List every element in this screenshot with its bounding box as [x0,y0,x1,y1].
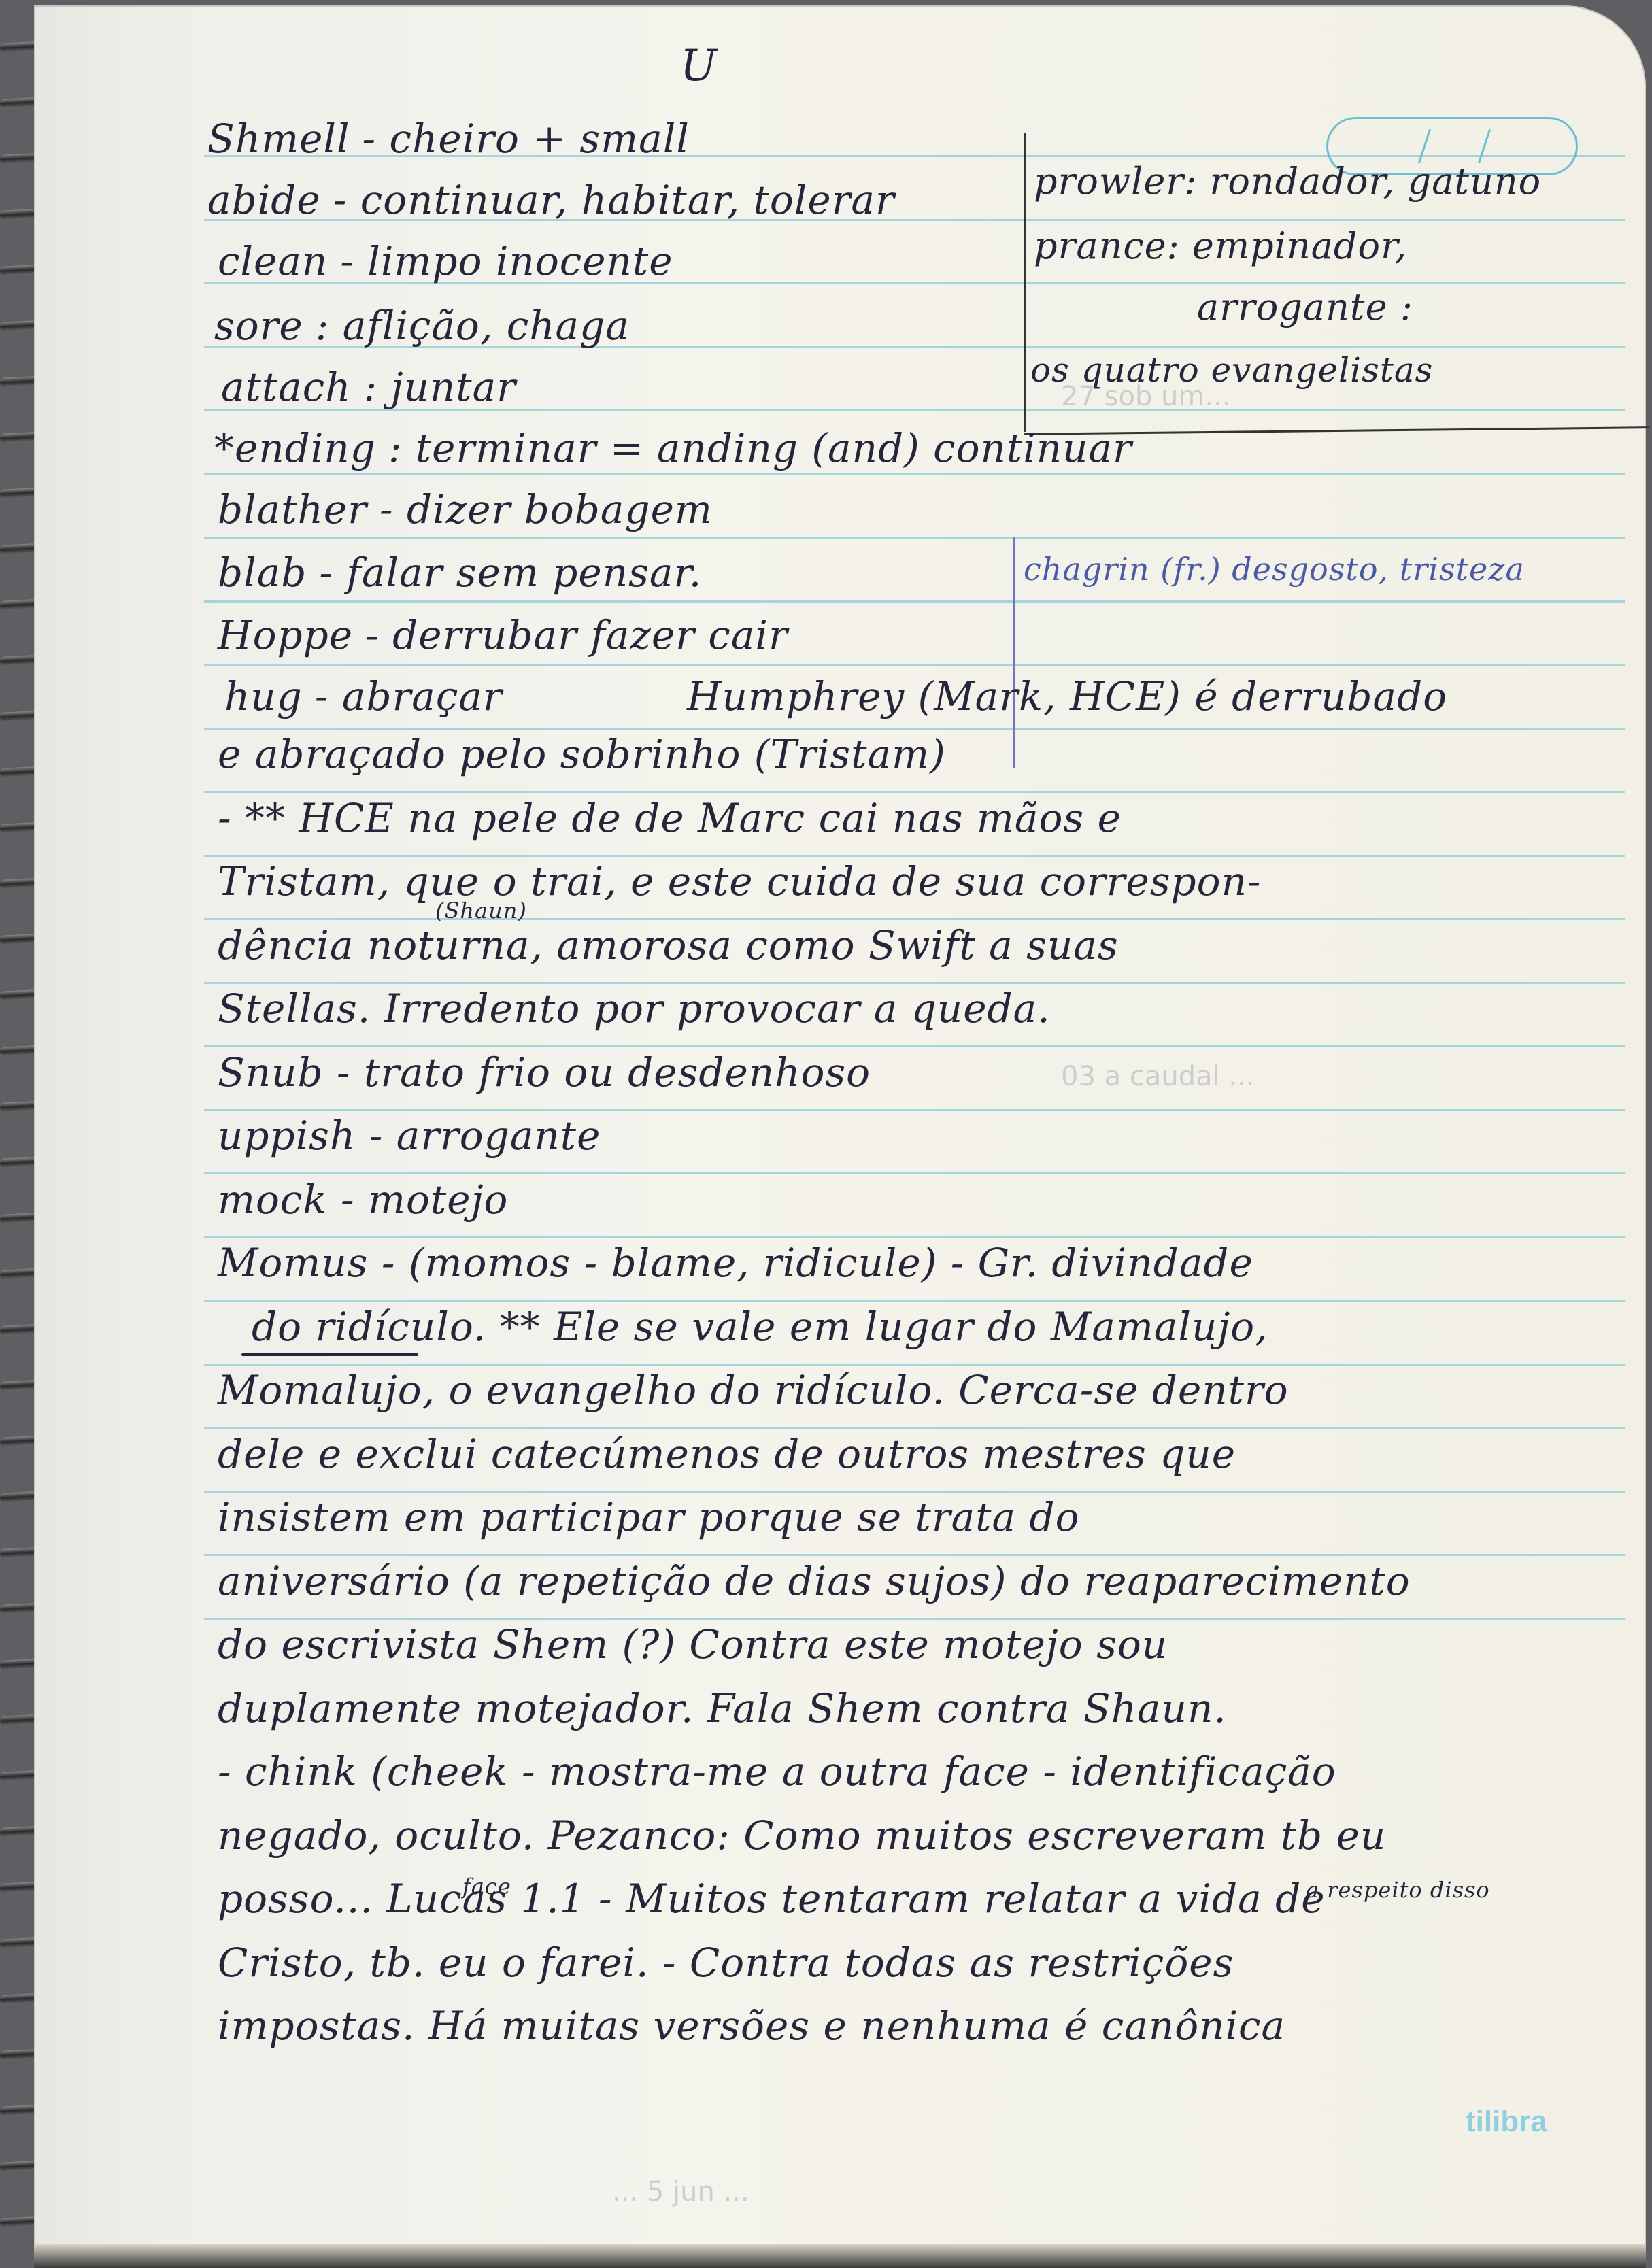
ruled-line [204,1300,1625,1302]
ruled-line [204,1554,1625,1556]
notes-line: posso... Lucas 1.1 - Muitos tentaram rel… [218,1876,1326,1922]
show-through-text: 03 a caudal ... [1061,1061,1255,1092]
vocab-definition: - limpo inocente [340,238,673,284]
ruled-line [204,791,1625,793]
notes-line: do escrivista Shem (?) Contra este motej… [218,1621,1168,1668]
notes-line: Snub - trato frio ou desdenhoso [218,1049,871,1096]
ruled-line [204,855,1625,857]
vocab-term: *ending [214,425,376,471]
side-box-line: prance: empinador, [1034,224,1407,267]
notes-line: e abraçado pelo sobrinho (Tristam) [218,731,946,777]
vocab-term: Hoppe [218,612,353,658]
side-box-line: prowler: rondador, gatuno [1034,160,1541,203]
vocab-definition: : aflição, chaga [316,303,630,349]
notes-line: do ridículo. ** Ele se vale em lugar do … [252,1304,1268,1350]
notes-line: dele e exclui catecúmenos de outros mest… [218,1431,1236,1477]
ruled-line [204,1491,1625,1493]
vocab-term: attach [221,364,352,410]
notes-line: - chink (cheek - mostra-me a outra face … [218,1748,1336,1795]
notes-line: Momus - (momos - blame, ridicule) - Gr. … [218,1240,1253,1286]
vocab-entry: Hoppe- derrubar fazer cair [218,612,788,658]
vocab-definition: - abraçar [315,673,503,720]
vocab-term: clean [218,238,328,284]
vocab-definition: - cheiro + small [363,116,690,162]
ruled-line [204,664,1625,666]
notes-line: mock - motejo [218,1177,508,1223]
vocab-entry: clean- limpo inocente [218,238,673,284]
notes-line: impostas. Há muitas versões e nenhuma é … [218,2003,1285,2049]
notes-line: - ** HCE na pele de de Marc cai nas mãos… [218,795,1122,841]
ruled-line [204,1618,1625,1620]
vocab-definition: : juntar [364,364,516,410]
ruled-line [204,600,1625,603]
page-edge [34,2244,1646,2268]
notes-line: insistem em participar porque se trata d… [218,1494,1080,1540]
vocab-definition: : terminar = anding (and) continuar [388,425,1132,471]
vocab-definition: - dizer bobagem [380,486,713,532]
annotation: a respeito disso [1306,1877,1490,1903]
vocab-entry: *ending: terminar = anding (and) continu… [214,425,1132,471]
vocab-entry: blab- falar sem pensar. [218,549,702,596]
underline [241,1353,418,1356]
notes-line: negado, oculto. Pezanco: Como muitos esc… [218,1812,1386,1859]
notes-line: Tristam, que o trai, e este cuida de sua… [218,858,1262,904]
vocab-entry: Shmell- cheiro + small [207,116,690,162]
vocab-term: blather [218,486,367,532]
notes-line: Stellas. Irredento por provocar a queda. [218,985,1051,1032]
notes-line: dência noturna, amorosa como Swift a sua… [218,922,1119,968]
ruled-line [204,1236,1625,1238]
vocab-definition: - continuar, habitar, tolerar [333,177,895,223]
vocab-term: sore [214,303,303,349]
vocab-entry: abide- continuar, habitar, tolerar [207,177,895,223]
annotation: face [462,1874,511,1899]
ruled-line [204,918,1625,920]
date-separator-icon [1418,129,1431,163]
vocab-definition: - falar sem pensar. [319,549,702,596]
vocab-term: blab [218,549,307,596]
vocab-term: hug [224,673,303,720]
blue-divider [1013,537,1015,768]
ruled-line [204,1364,1625,1366]
notes-line: Momalujo, o evangelho do ridículo. Cerca… [218,1367,1289,1413]
annotation: (Shaun) [435,898,527,924]
show-through-text: ... 5 jun ... [612,2176,749,2207]
ruled-line [204,1109,1625,1111]
vocab-term: abide [207,177,321,223]
ruled-line [204,1045,1625,1047]
ruled-line [204,982,1625,984]
ruled-line [204,1172,1625,1174]
vocab-entry: blather- dizer bobagem [218,486,713,532]
vocab-entry: hug- abraçar [224,673,503,720]
notes-line: Humphrey (Mark, HCE) é derrubado [687,673,1447,720]
ruled-line [204,473,1625,475]
brand-logo: tilibra [1466,2105,1547,2139]
date-separator-icon [1478,129,1491,163]
vocab-entry: sore: aflição, chaga [214,303,630,349]
side-box-border [1024,133,1026,432]
page-header-mark: U [680,41,718,91]
vocab-definition: - derrubar fazer cair [365,612,788,658]
vocab-entry: attach: juntar [221,364,516,410]
notes-line: duplamente motejador. Fala Shem contra S… [218,1685,1227,1731]
vocab-term: Shmell [207,116,350,162]
ruled-line [204,1427,1625,1429]
notes-line: Cristo, tb. eu o farei. - Contra todas a… [218,1940,1234,1986]
notes-line: aniversário (a repetição de dias sujos) … [218,1558,1411,1604]
ruled-line [204,728,1625,730]
side-box-line: arrogante : [1197,286,1413,328]
show-through-text: 27 sob um... [1061,381,1231,412]
side-note-blue: chagrin (fr.) desgosto, tristeza [1024,551,1525,588]
notes-line: uppish - arrogante [218,1113,601,1159]
ruled-line [204,537,1625,539]
